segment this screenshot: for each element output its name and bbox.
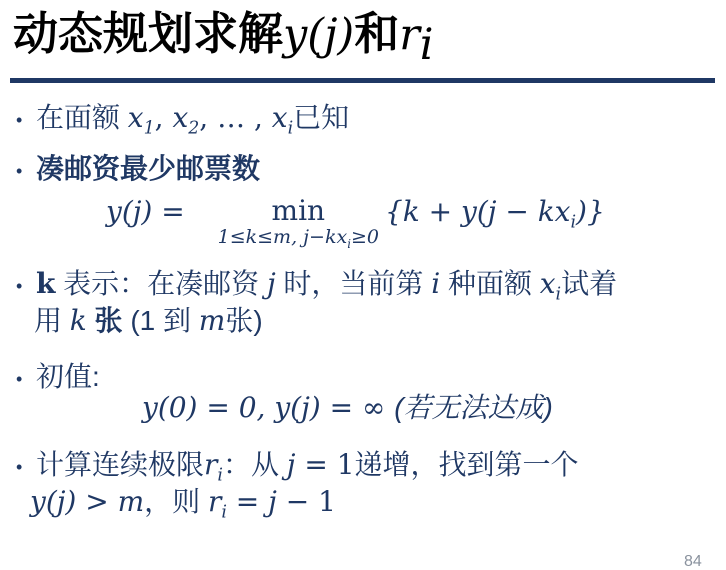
text-run: ：从 (223, 449, 287, 480)
text-run: 计算连续极限 (36, 449, 204, 480)
math-run: r (208, 485, 221, 518)
slide-title: 动态规划求解y(j)和ri (13, 0, 434, 72)
text-run: ，则 (144, 486, 208, 517)
math-run: m (199, 304, 226, 337)
text-run: 时，当前第 (276, 268, 432, 299)
bullet-k-meaning-line2: 用 k 张 (1 到 m张) (34, 303, 263, 339)
math-run: , … , (199, 101, 272, 134)
math-run: x (272, 101, 288, 134)
bullet-reach-limit-line1: • 计算连续极限ri：从 j = 1递增，找到第一个 (16, 447, 579, 485)
text-run: 试着 (561, 268, 617, 299)
math-run: ≥0 (351, 226, 379, 248)
text-run: 张) (225, 305, 262, 336)
bullet-icon: • (16, 447, 36, 485)
title-math-r-subscript: i (420, 20, 434, 70)
math-run: x (540, 267, 556, 300)
recurrence-formula: y(j) = min 1≤k≤m, j−kxi≥0 {k + y(j − kxi… (106, 195, 605, 248)
math-run: − 1 (277, 485, 336, 518)
text-run: 初值: (36, 359, 100, 395)
bullet-icon: • (16, 359, 36, 397)
math-run: j (268, 485, 277, 518)
formula-note: (若无法达成) (394, 391, 553, 425)
math-run: y(0) = 0, y(j) = ∞ (142, 391, 394, 425)
math-run: = 1 (295, 448, 354, 481)
formula-rhs: {k + y(j − kxi)} (385, 195, 605, 229)
subscript: 2 (188, 119, 199, 139)
bullet-icon: • (16, 100, 36, 138)
page-number: 84 (684, 552, 702, 570)
bullet-denominations-known: • 在面额 x1, x2, … , xi已知 (16, 100, 349, 138)
min-operator-block: min 1≤k≤m, j−kxi≥0 (218, 195, 379, 248)
text-run: 计算连续极限ri：从 j = 1递增，找到第一个 (36, 447, 579, 483)
text-run: 表示：在凑邮资 (55, 268, 267, 299)
bullet-initial-value-label: • 初值: (16, 359, 100, 397)
text-run: k 表示：在凑邮资 j 时，当前第 i 种面额 xi试着 (36, 266, 617, 302)
math-run: x (128, 101, 144, 134)
math-run: )} (576, 195, 605, 228)
math-run: i (431, 267, 440, 300)
math-run: k (70, 304, 87, 337)
math-run: r (204, 448, 217, 481)
subscript: 1 (144, 119, 155, 139)
bullet-min-stamps-heading: • 凑邮资最少邮票数 (16, 151, 260, 189)
title-text-he: 和 (354, 8, 399, 59)
text-run: 用 (34, 305, 70, 336)
bullet-icon: • (16, 151, 36, 189)
title-math-yj: y(j) (283, 10, 354, 60)
bold-text: 张 (95, 305, 123, 336)
text-run: 已知 (293, 102, 349, 133)
math-run: {k + y(j − kx (385, 195, 571, 228)
text-run: y(j) > m，则 ri = j − 1 (30, 484, 336, 520)
text-run: (1 到 (123, 305, 199, 336)
math-run: = (227, 485, 268, 518)
bullet-icon: • (16, 266, 36, 304)
title-underline (10, 78, 715, 83)
text-run: 递增，找到第一个 (355, 449, 579, 480)
min-constraints: 1≤k≤m, j−kxi≥0 (218, 227, 379, 248)
heading-text: 凑邮资最少邮票数 (36, 151, 260, 187)
formula-lhs: y(j) = (106, 195, 194, 229)
text-run (87, 305, 95, 336)
slide: 动态规划求解y(j)和ri • 在面额 x1, x2, … , xi已知 • 凑… (0, 0, 726, 570)
bullet-k-meaning-line1: • k 表示：在凑邮资 j 时，当前第 i 种面额 xi试着 (16, 266, 617, 304)
title-math-r: r (399, 10, 420, 60)
math-run: 1≤k≤m, j−kx (218, 226, 348, 248)
title-text-cn: 动态规划求解 (13, 8, 283, 59)
math-run: , (155, 101, 173, 134)
text-run: 在面额 (36, 102, 128, 133)
math-run-bold-k: k (36, 267, 55, 300)
math-run: x (172, 101, 188, 134)
math-run: y(j) > m (30, 485, 144, 518)
text-run: 在面额 x1, x2, … , xi已知 (36, 100, 349, 136)
text-run: 用 k 张 (1 到 m张) (34, 303, 263, 339)
initial-value-formula: y(0) = 0, y(j) = ∞ (若无法达成) (142, 391, 553, 425)
bullet-reach-limit-line2: y(j) > m，则 ri = j − 1 (30, 484, 336, 520)
text-run: 种面额 (440, 268, 540, 299)
math-run: j (267, 267, 276, 300)
min-operator: min (272, 195, 326, 227)
